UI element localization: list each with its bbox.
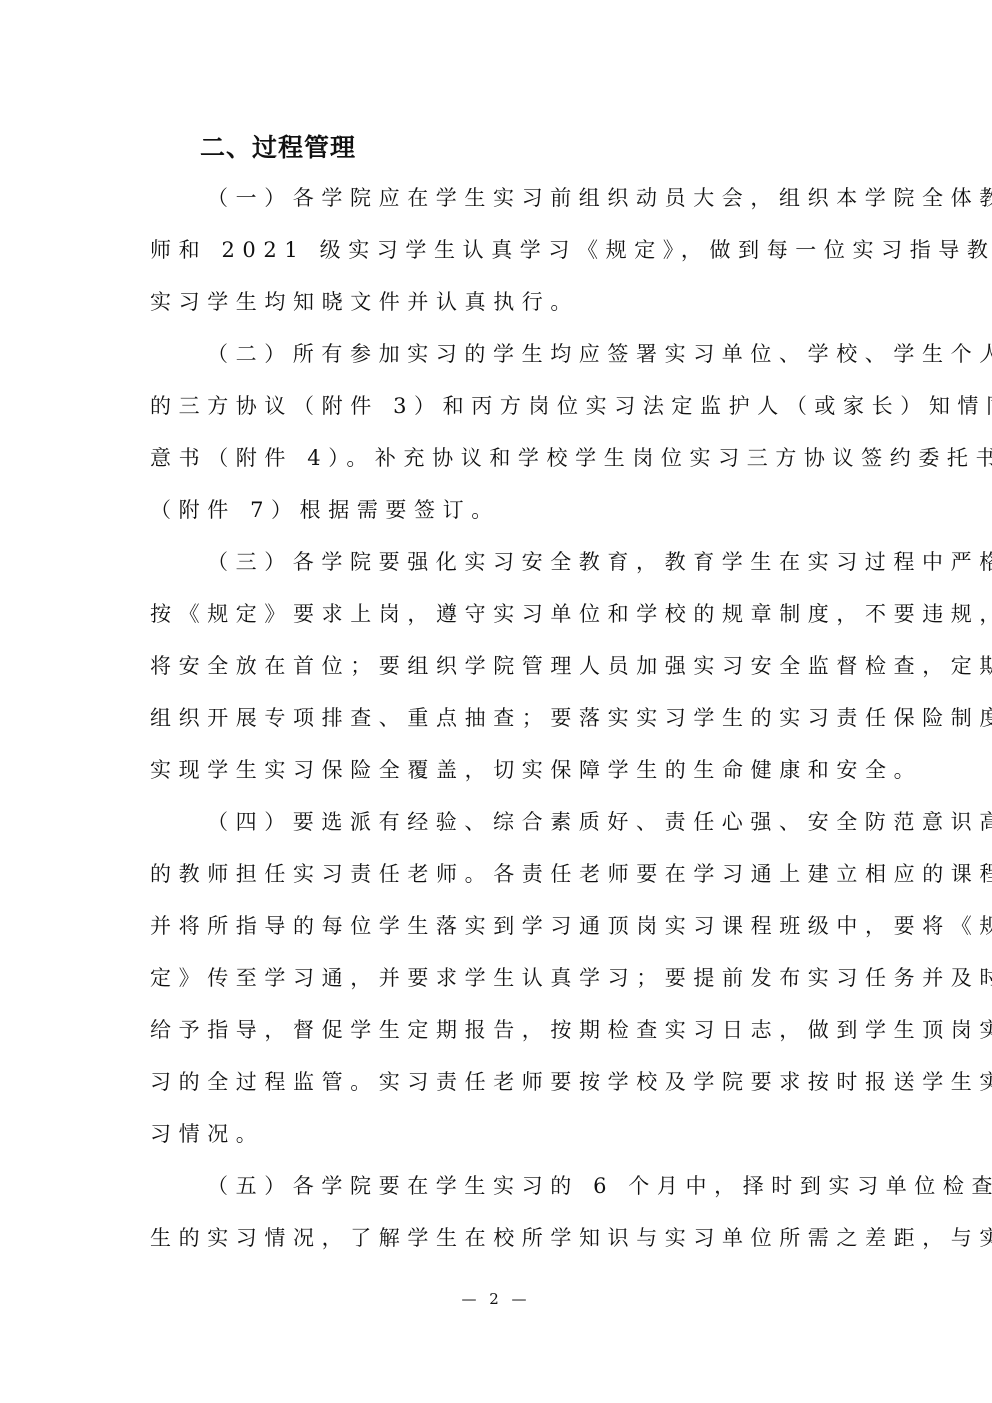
document-page: 二、过程管理 （一）各学院应在学生实习前组织动员大会，组织本学院全体教 师和 2… xyxy=(0,0,992,1403)
paragraph-3-line-5: 实现学生实习保险全覆盖，切实保障学生的生命健康和安全。 xyxy=(150,755,850,785)
paragraph-4-line-7: 习情况。 xyxy=(150,1119,850,1149)
paragraph-4-line-3: 并将所指导的每位学生落实到学习通顶岗实习课程班级中，要将《规 xyxy=(150,911,850,941)
paragraph-1-line-2: 师和 2021 级实习学生认真学习《规定》，做到每一位实习指导教师和 xyxy=(150,235,850,265)
paragraph-4-line-1: （四）要选派有经验、综合素质好、责任心强、安全防范意识高 xyxy=(207,807,907,837)
paragraph-1-line-1: （一）各学院应在学生实习前组织动员大会，组织本学院全体教 xyxy=(207,183,907,213)
paragraph-2-line-2: 的三方协议（附件 3）和丙方岗位实习法定监护人（或家长）知情同 xyxy=(150,391,850,421)
paragraph-4-line-6: 习的全过程监管。实习责任老师要按学校及学院要求按时报送学生实 xyxy=(150,1067,850,1097)
paragraph-2-line-1: （二）所有参加实习的学生均应签署实习单位、学校、学生个人 xyxy=(207,339,907,369)
paragraph-3-line-2: 按《规定》要求上岗，遵守实习单位和学校的规章制度，不要违规， xyxy=(150,599,850,629)
paragraph-3-line-3: 将安全放在首位；要组织学院管理人员加强实习安全监督检查，定期 xyxy=(150,651,850,681)
paragraph-3-line-4: 组织开展专项排查、重点抽查；要落实实习学生的实习责任保险制度， xyxy=(150,703,850,733)
paragraph-1-line-3: 实习学生均知晓文件并认真执行。 xyxy=(150,287,850,317)
paragraph-4-line-2: 的教师担任实习责任老师。各责任老师要在学习通上建立相应的课程 xyxy=(150,859,850,889)
paragraph-5-line-1: （五）各学院要在学生实习的 6 个月中，择时到实习单位检查学 xyxy=(207,1171,907,1201)
paragraph-5-line-2: 生的实习情况，了解学生在校所学知识与实习单位所需之差距，与实 xyxy=(150,1223,850,1253)
paragraph-4-line-5: 给予指导，督促学生定期报告，按期检查实习日志，做到学生顶岗实 xyxy=(150,1015,850,1045)
paragraph-4-line-4: 定》传至学习通，并要求学生认真学习；要提前发布实习任务并及时 xyxy=(150,963,850,993)
section-heading: 二、过程管理 xyxy=(200,128,356,164)
paragraph-3-line-1: （三）各学院要强化实习安全教育，教育学生在实习过程中严格 xyxy=(207,547,907,577)
paragraph-2-line-3: 意书（附件 4）。补充协议和学校学生岗位实习三方协议签约委托书 xyxy=(150,443,850,473)
paragraph-2-line-4: （附件 7）根据需要签订。 xyxy=(150,495,850,525)
page-number: — 2 — xyxy=(0,1290,992,1308)
